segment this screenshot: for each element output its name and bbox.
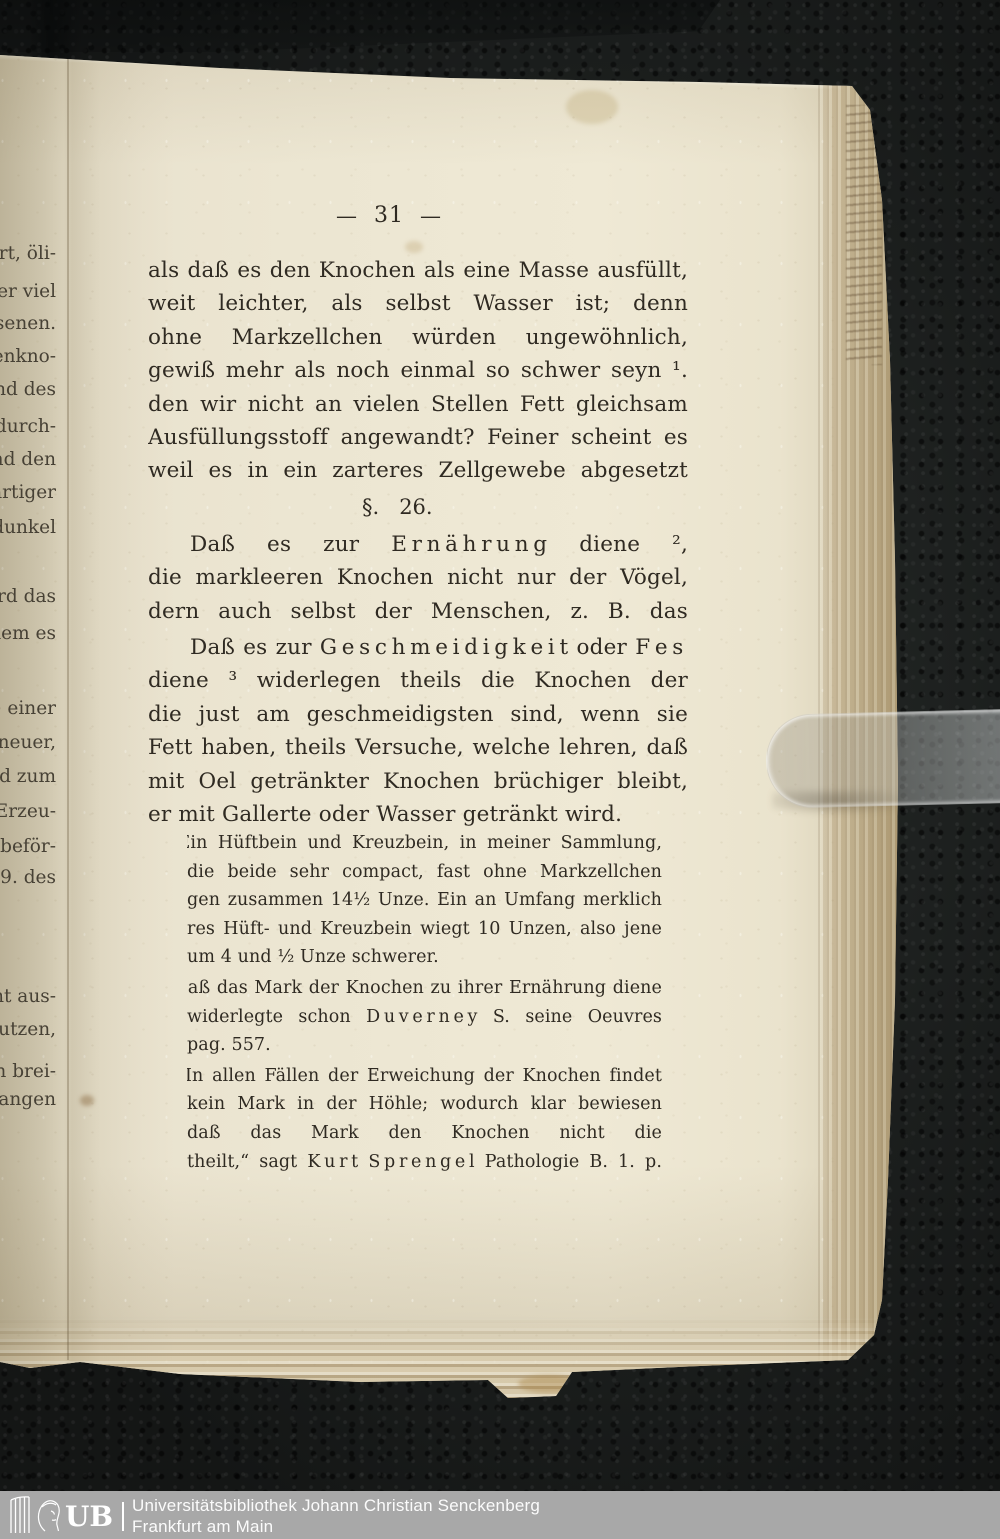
footnote-line: die beide sehr compact, fast ohne Markze… — [187, 858, 662, 887]
margin-text-fragment: neuer, — [0, 731, 56, 755]
text-line: diene ³ widerlegen theils die Knochen de… — [148, 664, 688, 697]
margin-text-fragment: ähert, öli- — [0, 242, 56, 266]
margin-text-fragment: beför- — [0, 835, 56, 859]
banner-text: Universitätsbibliothek Johann Christian … — [132, 1495, 540, 1537]
footnote-line: 3) „In allen Fällen der Erweichung der K… — [187, 1062, 662, 1091]
text-line: weit leichter, als selbst Wasser ist; de… — [148, 287, 688, 320]
text-line: den wir nicht an vielen Stellen Fett gle… — [148, 388, 688, 421]
header-dash-right: — — [420, 204, 442, 228]
text-line: ohne Markzellchen würden ungewöhnlich, e… — [148, 321, 688, 354]
margin-text-fragment: Erzeu- — [0, 800, 56, 824]
paper-stain — [405, 241, 423, 253]
margin-text-fragment: ht aus- — [0, 985, 56, 1009]
margin-text-fragment: s dunkel — [0, 516, 56, 540]
text-line: gewiß mehr als noch einmal so schwer sey… — [148, 354, 688, 387]
text-line: mit Oel getränkter Knochen brüchiger ble… — [148, 765, 688, 798]
paragraph-2: Daß es zur E r n ä h r u n g diene ², wi… — [148, 528, 688, 628]
footnote-line: um 4 und ½ Unze schwerer. — [187, 943, 662, 972]
margin-text-fragment: undurch- — [0, 415, 56, 439]
footnote-line: 1) Ein Hüftbein und Kreuzbein, in meiner… — [187, 829, 662, 858]
page-header: — 31 — — [336, 203, 442, 228]
footnote-line: theilt,“ sagt K u r t S p r e n g e l Pa… — [187, 1148, 662, 1177]
paragraph-1: als daß es den Knochen als eine Masse au… — [148, 254, 688, 488]
digitized-book-photo: ähert, öli- mmer viel wachsenen. öhrenkn… — [0, 0, 1000, 1539]
library-name: Universitätsbibliothek Johann Christian … — [132, 1495, 540, 1516]
header-dash-left: — — [336, 204, 358, 228]
margin-text-fragment: 79. des — [0, 866, 56, 890]
margin-text-fragment: Nutzen, — [0, 1018, 56, 1042]
footnote-2: 2) Daß das Mark der Knochen zu ihrer Ern… — [149, 974, 662, 1060]
margin-text-fragment: und den — [0, 448, 56, 472]
text-line: weil es in ein zarteres Zellgewebe abges… — [148, 454, 688, 487]
footnote-line: res Hüft- und Kreuzbein wiegt 10 Unzen, … — [187, 915, 662, 944]
page-number: 31 — [374, 203, 404, 228]
footnote-line: widerlegte schon D u v e r n e y S. sein… — [187, 1003, 662, 1032]
footnote-line: 2) Daß das Mark der Knochen zu ihrer Ern… — [187, 974, 662, 1003]
goethe-portrait-icon — [38, 1501, 59, 1531]
text-line: dern auch selbst der Menschen, z. B. das… — [148, 595, 688, 628]
footnotes: 1) Ein Hüftbein und Kreuzbein, in meiner… — [149, 829, 662, 1176]
margin-text-fragment: ird das — [0, 585, 56, 609]
margin-text-fragment: wachsenen. — [0, 312, 56, 336]
margin-text-fragment: r langen — [0, 1088, 56, 1112]
margin-text-fragment: hrend des — [0, 378, 56, 402]
text-line: Daß es zur G e s c h m e i d i g k e i t… — [148, 631, 688, 664]
footnote-line: kein Mark in der Höhle; wodurch klar bew… — [187, 1090, 662, 1119]
margin-text-fragment: nd zum — [0, 765, 56, 789]
library-banner: UB Universitätsbibliothek Johann Christi… — [0, 1491, 1000, 1539]
text-line: Fett haben, theils Versuche, welche lehr… — [148, 731, 688, 764]
margin-text-fragment: en brei- — [0, 1060, 56, 1084]
logo-book-lines — [11, 1497, 29, 1533]
footnote-1: 1) Ein Hüftbein und Kreuzbein, in meiner… — [149, 829, 662, 972]
paper-stain — [80, 1095, 94, 1106]
text-line: als daß es den Knochen als eine Masse au… — [148, 254, 688, 287]
footnote-line: pag. 557. — [187, 1031, 662, 1060]
gutter-crease-line — [67, 55, 69, 1360]
library-location: Frankfurt am Main — [132, 1516, 540, 1537]
text-line: die just am geschmeidigsten sind, wenn s… — [148, 698, 688, 731]
margin-text-fragment: rtartiger — [0, 481, 56, 505]
text-line: Daß es zur E r n ä h r u n g diene ², wi… — [148, 528, 688, 561]
logo-ub-text: UB — [65, 1500, 113, 1533]
transparent-page-holder-strip — [765, 709, 1000, 809]
ub-logo: UB — [8, 1494, 130, 1536]
margin-text-fragment: öhrenkno- — [0, 345, 56, 369]
paper-stain — [566, 90, 618, 124]
footnote-3: 3) „In allen Fällen der Erweichung der K… — [149, 1062, 662, 1176]
margin-text-fragment: ) einer — [0, 697, 56, 721]
section-heading: §. 26. — [148, 495, 688, 519]
margin-text-fragment: mmer viel — [0, 280, 56, 304]
text-line: er mit Gallerte oder Wasser getränkt wir… — [148, 798, 688, 831]
footnote-line: daß das Mark den Knochen nicht die Gesch… — [187, 1119, 662, 1148]
margin-text-fragment: lchem es — [0, 622, 56, 646]
footnote-line: gen zusammen 14½ Unze. Ein an Umfang mer… — [187, 886, 662, 915]
paragraph-3: Daß es zur G e s c h m e i d i g k e i t… — [148, 631, 688, 831]
text-line: Ausfüllungsstoff angewandt? Feiner schei… — [148, 421, 688, 454]
text-line: die markleeren Knochen nicht nur der Vög… — [148, 561, 688, 594]
